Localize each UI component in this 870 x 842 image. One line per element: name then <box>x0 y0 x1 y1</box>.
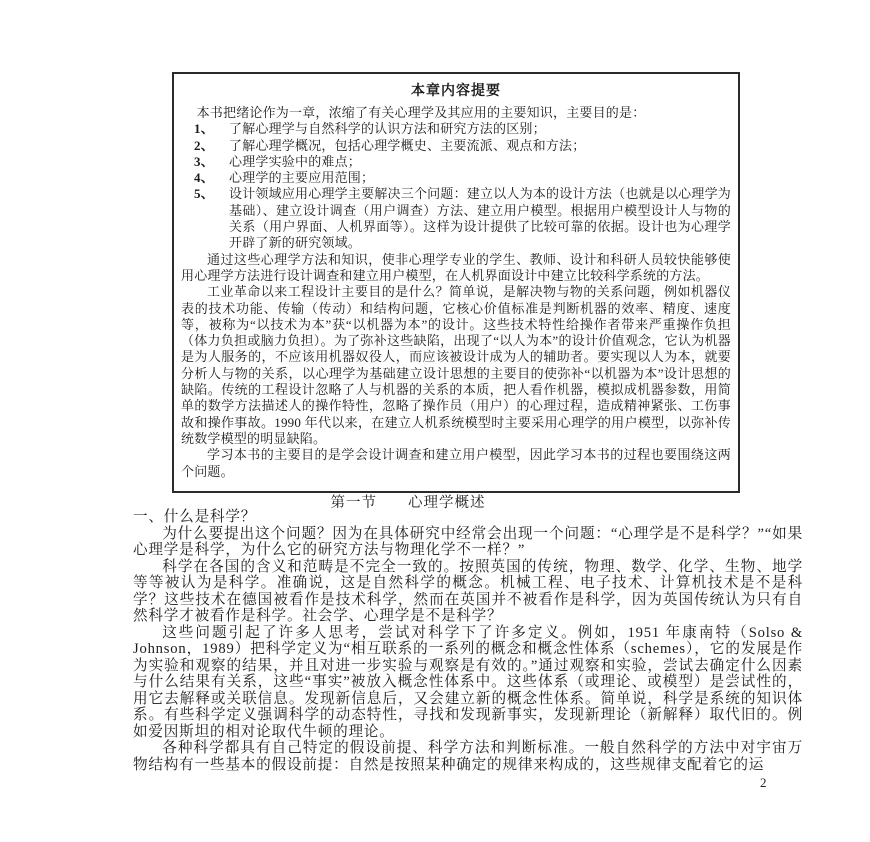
list-item-number: 4、 <box>194 170 214 186</box>
summary-box-title: 本章内容提要 <box>181 83 731 101</box>
sub-heading: 一、什么是科学？ <box>133 509 803 526</box>
list-item: 3、 心理学实验中的难点； <box>181 154 731 170</box>
list-item-text: 设计领域应用心理学主要解决三个问题：建立以人为本的设计方法（也就是以心理学为基础… <box>229 186 731 250</box>
list-item: 1、 了解心理学与自然科学的认识方法和研究方法的区别； <box>181 121 731 137</box>
list-item-text: 了解心理学概况，包括心理学概史、主要流派、观点和方法； <box>229 138 585 153</box>
chapter-summary-box: 本章内容提要 本书把绪论作为一章，浓缩了有关心理学及其应用的主要知识，主要目的是… <box>172 72 740 493</box>
list-item-number: 5、 <box>194 186 214 202</box>
list-item-number: 2、 <box>194 138 214 154</box>
list-item-text: 心理学实验中的难点； <box>229 154 361 169</box>
list-item-number: 1、 <box>194 121 214 137</box>
list-item-text: 心理学的主要应用范围； <box>229 170 374 185</box>
list-item: 2、 了解心理学概况，包括心理学概史、主要流派、观点和方法； <box>181 138 731 154</box>
body-paragraph: 各种科学都具有自己特定的假设前提、科学方法和判断标准。一般自然科学的方法中对宇宙… <box>133 740 803 773</box>
list-item-text: 了解心理学与自然科学的认识方法和研究方法的区别； <box>229 121 546 136</box>
summary-box-intro: 本书把绪论作为一章，浓缩了有关心理学及其应用的主要知识，主要目的是： <box>181 105 731 121</box>
page-number: 2 <box>760 775 767 791</box>
body-paragraph: 科学在各国的含义和范畴是不完全一致的。按照英国的传统，物理、数学、化学、生物、地… <box>133 559 803 625</box>
summary-paragraph: 工业革命以来工程设计主要目的是什么？简单说，是解决物与物的关系问题，例如机器仪表… <box>181 284 731 447</box>
list-item-number: 3、 <box>194 154 214 170</box>
summary-paragraph: 学习本书的主要目的是学会设计调查和建立用户模型，因此学习本书的过程也要围绕这两个… <box>181 447 731 480</box>
list-item: 4、 心理学的主要应用范围； <box>181 170 731 186</box>
body-paragraph: 为什么要提出这个问题？因为在具体研究中经常会出现一个问题：“心理学是不是科学？”… <box>133 526 803 559</box>
body-paragraph: 这些问题引起了许多人思考，尝试对科学下了许多定义。例如，1951 年康南特（So… <box>133 625 803 741</box>
list-item: 5、 设计领域应用心理学主要解决三个问题：建立以人为本的设计方法（也就是以心理学… <box>181 186 731 251</box>
body-text-block: 一、什么是科学？ 为什么要提出这个问题？因为在具体研究中经常会出现一个问题：“心… <box>133 509 803 773</box>
summary-paragraph: 通过这些心理学方法和知识，使非心理学专业的学生、教师、设计和科研人员较快能够使用… <box>181 252 731 285</box>
